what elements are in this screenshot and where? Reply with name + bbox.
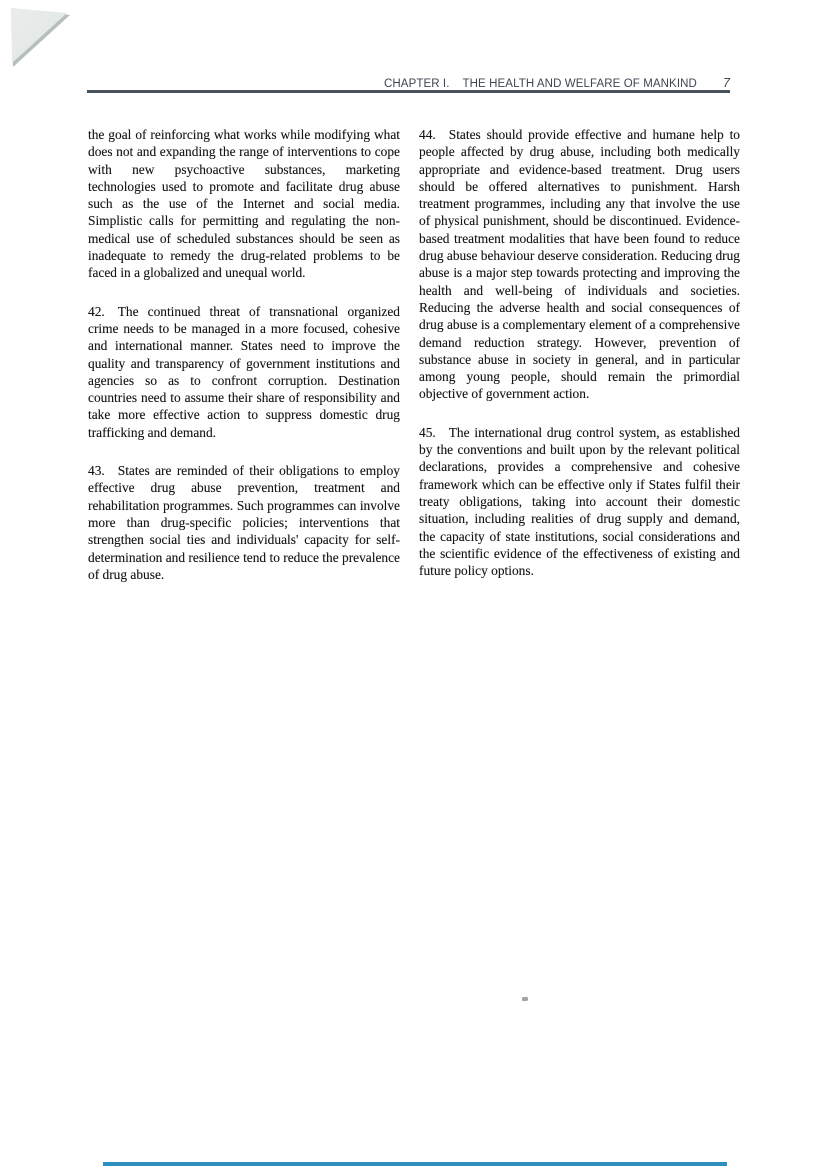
- paragraph-text: States are reminded of their obligations…: [88, 463, 400, 582]
- text-column-right: 44.States should provide effective and h…: [419, 126, 740, 604]
- paragraph-text: The continued threat of transnational or…: [88, 304, 400, 440]
- paragraph-41-continuation: the goal of reinforcing what works while…: [88, 126, 400, 282]
- paragraph-43: 43.States are reminded of their obligati…: [88, 462, 400, 583]
- text-column-left: the goal of reinforcing what works while…: [88, 126, 400, 604]
- paragraph-text: States should provide effective and huma…: [419, 127, 740, 401]
- page-header: CHAPTER I. THE HEALTH AND WELFARE OF MAN…: [88, 76, 730, 90]
- paragraph-42: 42.The continued threat of transnational…: [88, 303, 400, 441]
- scan-speck-artifact: [522, 997, 528, 1002]
- header-rule: [87, 90, 730, 93]
- page-corner-fold-artifact: [0, 0, 90, 80]
- chapter-label: CHAPTER I.: [384, 78, 450, 90]
- paragraph-number: 42.: [88, 304, 118, 319]
- bottom-edge-scan-line: [103, 1162, 727, 1166]
- paragraph-number: 44.: [419, 127, 449, 142]
- paragraph-text: the goal of reinforcing what works while…: [88, 127, 400, 280]
- page-number: 7: [723, 76, 730, 90]
- paragraph-45: 45.The international drug control system…: [419, 424, 740, 580]
- paragraph-number: 43.: [88, 463, 118, 478]
- page-body: the goal of reinforcing what works while…: [88, 126, 740, 604]
- paragraph-text: The international drug control system, a…: [419, 425, 740, 578]
- paragraph-number: 45.: [419, 425, 449, 440]
- paragraph-44: 44.States should provide effective and h…: [419, 126, 740, 403]
- running-title: THE HEALTH AND WELFARE OF MANKIND: [463, 78, 697, 90]
- document-page: CHAPTER I. THE HEALTH AND WELFARE OF MAN…: [0, 0, 828, 1169]
